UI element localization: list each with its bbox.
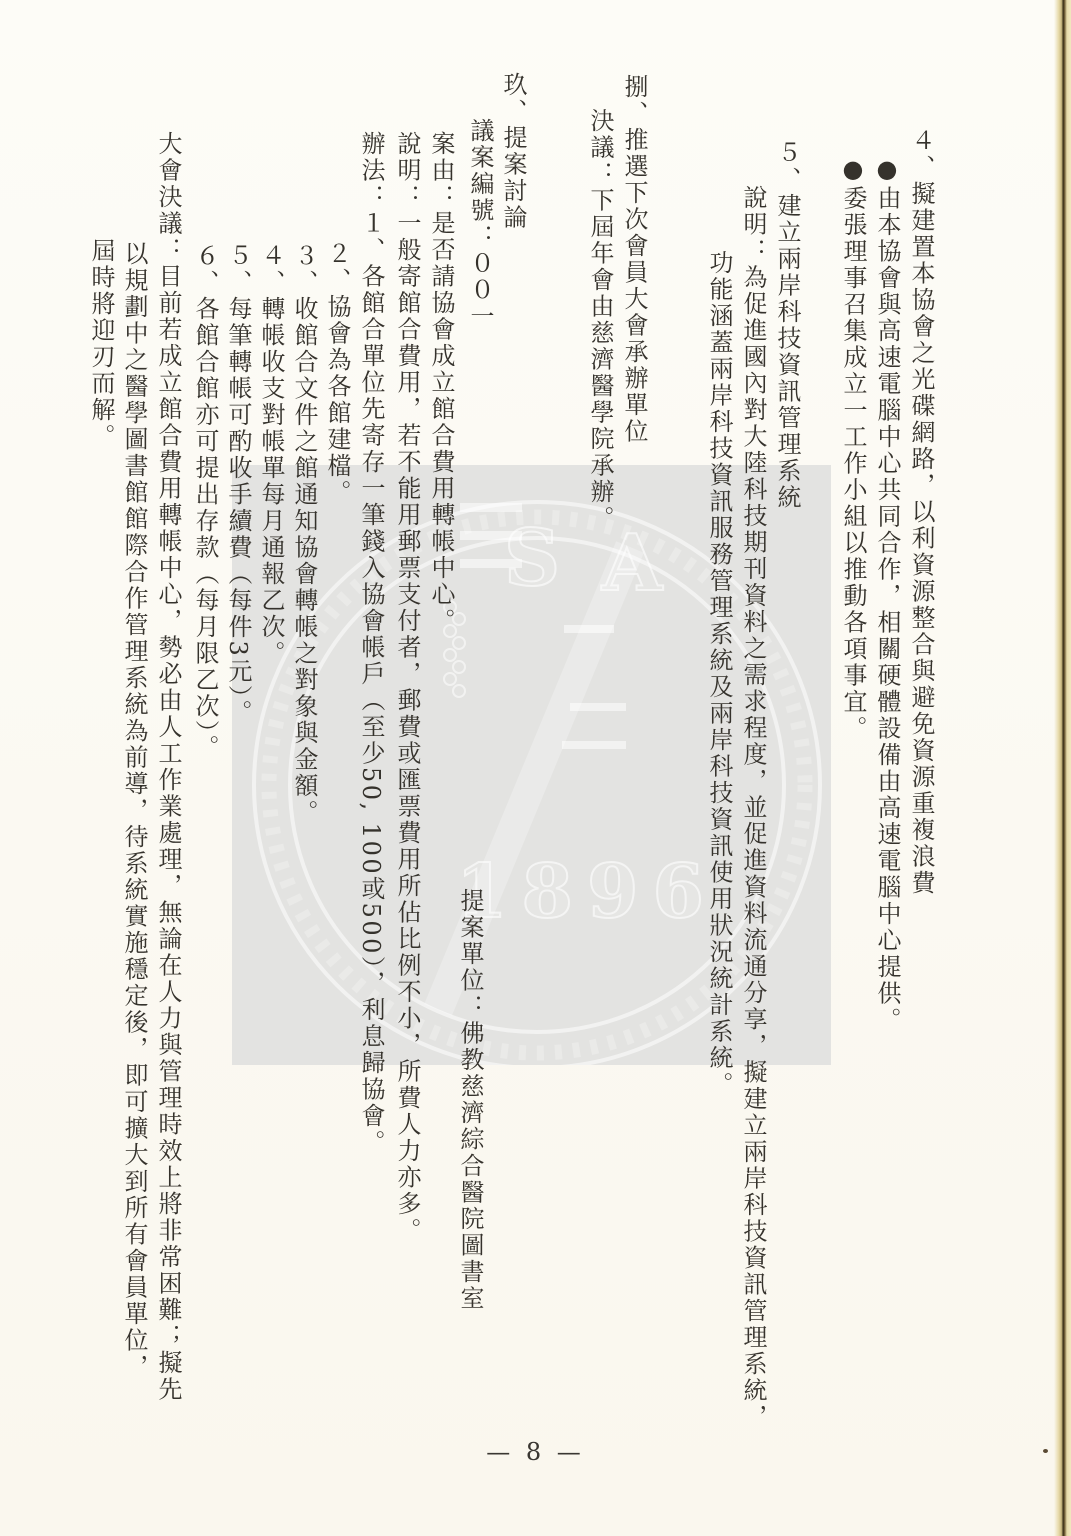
column-case-method-2: ２、協會為各館建檔。 xyxy=(320,241,354,506)
column-section8-title: 捌、推選下次會員大會承辦單位 xyxy=(617,74,651,445)
column-item4-bullet2: ●委張理事召集成立一工作小組以推動各項事宜。 xyxy=(836,155,870,742)
column-section9-title: 玖、提案討論 xyxy=(496,72,530,231)
column-item4-bullet1: ●由本協會與高速電腦中心共同合作，相關硬體設備由高速電腦中心提供。 xyxy=(870,155,904,1034)
column-assembly-resolution-2: 以規劃中之醫學圖書館館際合作管理系統為前導，待系統實施穩定後，即可擴大到所有會員… xyxy=(117,241,151,1381)
column-case-number: 議案編號：００一 xyxy=(463,118,497,330)
column-case-method-1: 辦法：１、各館合單位先寄存一筆錢入協會帳戶（至少50, 100或500），利息歸… xyxy=(354,131,388,1156)
column-item5-title: ５、建立兩岸科技資訊管理系統 xyxy=(770,140,804,511)
column-assembly-resolution-1: 大會決議：目前若成立館合費用轉帳中心，勢必由人工作業處理，無論在人力與管理時效上… xyxy=(151,131,185,1403)
scanned-document-page: { "page": { "number_label": "— 8 —", "wa… xyxy=(0,0,1071,1536)
column-case-explain: 說明：一般寄館合費用，若不能用郵票支付者，郵費或匯票費用所佔比例不小，所費人力亦… xyxy=(390,131,424,1244)
scan-page-edge xyxy=(1054,0,1071,1536)
column-item4-title: ４、擬建置本協會之光碟網路，以利資源整合與避免資源重複浪費 xyxy=(904,128,938,897)
column-case-proposer: 提案單位：佛教慈濟綜合醫院圖書室 xyxy=(453,888,487,1312)
column-case-method-4: ４、轉帳收支對帳單每月通報乙次。 xyxy=(254,243,288,667)
column-case-method-3: ３、收館合文件之館通知協會轉帳之對象與金額。 xyxy=(287,243,321,826)
column-assembly-resolution-3: 屆時將迎刃而解。 xyxy=(84,238,118,450)
column-section8-resolution: 決議：下屆年會由慈濟醫學院承辦。 xyxy=(583,108,617,532)
column-case-method-5: ５、每筆轉帳可酌收手續費（每件3元）。 xyxy=(221,243,255,726)
page-number: — 8 — xyxy=(0,1438,1071,1466)
column-item5-explain-1: 說明：為促進國內對大陸科技期刊資料之需求程度，並促進資料流通分享，擬建立兩岸科技… xyxy=(736,185,770,1431)
seal-letter-s: S xyxy=(504,513,560,604)
column-case-subject: 案由：是否請協會成立館合費用轉帳中心。 xyxy=(424,131,458,635)
seal-year: 1896 xyxy=(456,849,718,935)
column-item5-explain-2: 功能涵蓋兩岸科技資訊服務管理系統及兩岸科技資訊使用狀況統計系統。 xyxy=(702,250,736,1098)
column-case-method-6: ６、各館合館亦可提出存款（每月限乙次）。 xyxy=(188,243,222,761)
